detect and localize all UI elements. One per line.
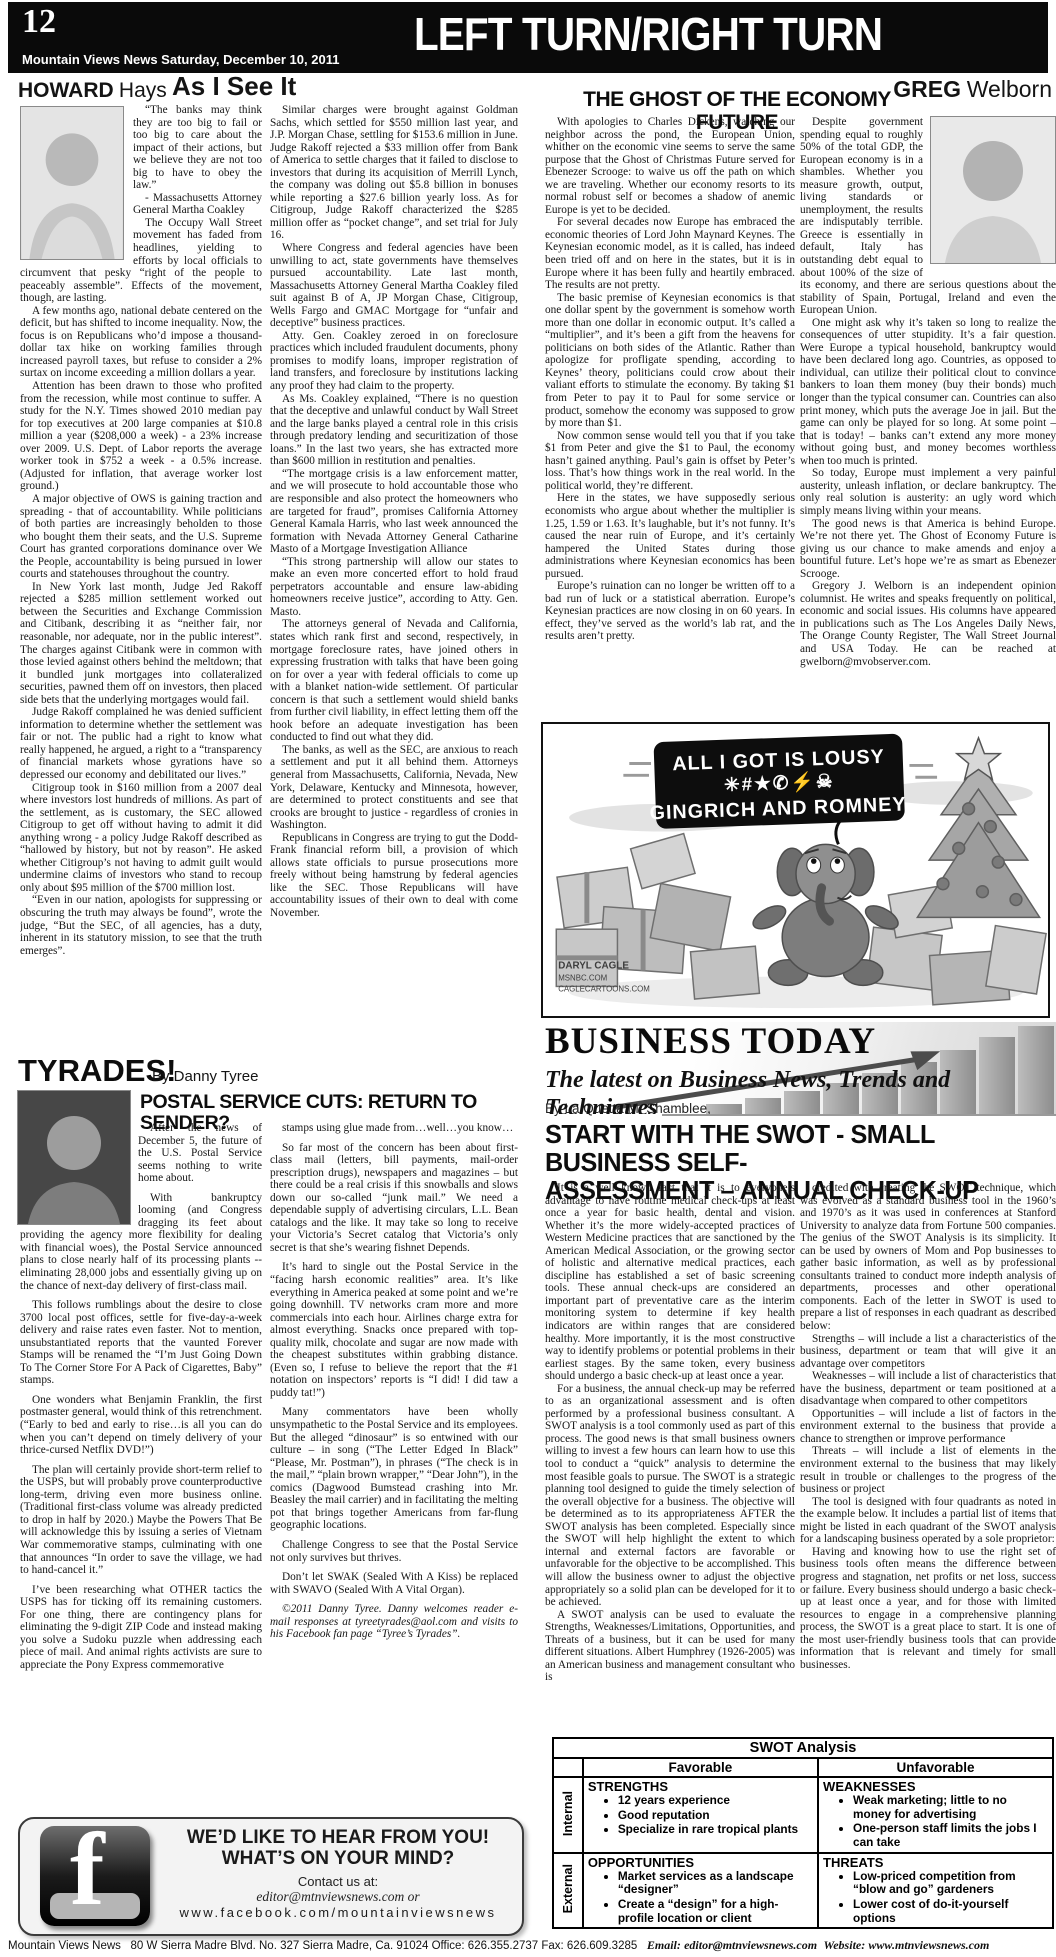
- tyree-paragraph: This follows rumblings about the desire …: [20, 1299, 262, 1387]
- footer-website-label: Website:: [823, 1938, 865, 1952]
- hays-paragraph: The banks, as well as the SEC, are anxio…: [270, 744, 518, 832]
- opportunities-list: Market services as a landscape “designer…: [588, 1870, 813, 1926]
- weaknesses-item: One-person staff limits the jobs I can t…: [853, 1822, 1048, 1849]
- swot-row-internal: Internal: [553, 1777, 583, 1853]
- section-banner: 12 LEFT TURN/RIGHT TURN Mountain Views N…: [8, 2, 1048, 73]
- strengths-title: STRENGTHS: [588, 1779, 813, 1794]
- contact-headline-1: WE’D LIKE TO HEAR FROM YOU!: [162, 1827, 514, 1848]
- welborn-paragraph: The basic premise of Keynesian economics…: [545, 292, 795, 430]
- hays-paragraph: The attorneys general of Nevada and Cali…: [270, 618, 518, 743]
- threats-item: Lower cost of do-it-yourself options: [853, 1898, 1048, 1925]
- welborn-paragraph: Now common sense would tell you that if …: [545, 430, 795, 493]
- hays-paragraph: “The mortgage crisis is a law enforcemen…: [270, 468, 518, 556]
- tyree-paragraph: So far most of the concern has been abou…: [270, 1142, 518, 1255]
- hays-paragraph: Similar charges were brought against Gol…: [270, 104, 518, 242]
- welborn-paragraph: One might ask why it’s taken so long to …: [800, 317, 1056, 468]
- section-title: LEFT TURN/RIGHT TURN: [375, 10, 921, 58]
- facebook-logo-icon[interactable]: f: [40, 1826, 150, 1926]
- swot-paragraph: Strengths – will include a list a charac…: [800, 1333, 1056, 1371]
- tyree-paragraph: Challenge Congress to see that the Posta…: [270, 1539, 518, 1564]
- cartoon-signature-site1: MSNBC.COM: [558, 973, 607, 982]
- swot-col-favorable: Favorable: [583, 1758, 818, 1777]
- opportunities-item: Create a “design” for a high-profile loc…: [618, 1898, 813, 1925]
- swot-paragraph: For a business, the annual check-up may …: [545, 1383, 795, 1609]
- strengths-item: Good reputation: [618, 1809, 813, 1823]
- swot-row-external: External: [553, 1853, 583, 1929]
- welborn-paragraph: Here in the states, we have supposedly s…: [545, 492, 795, 580]
- footer-paper-name: Mountain Views News: [8, 1940, 121, 1952]
- hays-byline-last: Hays: [119, 79, 167, 102]
- tyree-article-col2: stamps using glue made from…well…you kno…: [270, 1122, 518, 1798]
- threats-item: Low-priced competition from “blow and go…: [853, 1870, 1048, 1897]
- threats-list: Low-priced competition from “blow and go…: [823, 1870, 1048, 1926]
- newspaper-page: 12 LEFT TURN/RIGHT TURN Mountain Views N…: [0, 0, 1056, 1957]
- hays-paragraph: Attention has been drawn to those who pr…: [20, 380, 262, 493]
- welborn-paragraph: For several decades now Europe has embra…: [545, 216, 795, 291]
- welborn-paragraph: The good news is that America is behind …: [800, 518, 1056, 581]
- contact-text: WE’D LIKE TO HEAR FROM YOU! WHAT’S ON YO…: [162, 1827, 514, 1920]
- tyree-byline: By Danny Tyree: [152, 1068, 258, 1085]
- swot-paragraph: A SWOT analysis can be used to evaluate …: [545, 1609, 795, 1684]
- tyree-paragraph: I’ve been researching what OTHER tactics…: [20, 1584, 262, 1672]
- hays-byline-first: HOWARD: [18, 79, 114, 102]
- tyree-credit: ©2011 Danny Tyree. Danny welcomes reader…: [270, 1603, 518, 1641]
- hays-paragraph: In New York last month, Judge Jed Rakoff…: [20, 581, 262, 706]
- footer-address: 80 W Sierra Madre Blvd. No. 327 Sierra M…: [131, 1940, 638, 1952]
- weaknesses-list: Weak marketing; little to no money for a…: [823, 1794, 1048, 1850]
- strengths-list: 12 years experienceGood reputationSpecia…: [588, 1794, 813, 1837]
- opportunities-title: OPPORTUNITIES: [588, 1855, 813, 1870]
- hays-paragraph: A major objective of OWS is gaining trac…: [20, 493, 262, 581]
- hays-article-col1: “The banks may think they are too big to…: [20, 104, 262, 1052]
- footer-email-label: Email:: [647, 1938, 681, 1952]
- swot-weaknesses-cell: WEAKNESSES Weak marketing; little to no …: [818, 1777, 1053, 1853]
- tyree-paragraph: One wonders what Benjamin Franklin, the …: [20, 1394, 262, 1457]
- contact-email-link[interactable]: editor@mtnviewsnews.com or: [162, 1889, 514, 1905]
- hays-paragraph: As Ms. Coakley explained, “There is no q…: [270, 393, 518, 468]
- weaknesses-item: Weak marketing; little to no money for a…: [853, 1794, 1048, 1821]
- tyree-paragraph: stamps using glue made from…well…you kno…: [270, 1122, 518, 1135]
- welborn-paragraph: Europe’s ruination can no longer be writ…: [545, 580, 795, 643]
- swot-threats-cell: THREATS Low-priced competition from “blo…: [818, 1853, 1053, 1929]
- welborn-paragraph: Gregory J. Welborn is an independent opi…: [800, 580, 1056, 668]
- dateline: Mountain Views News Saturday, December 1…: [22, 52, 339, 67]
- tyree-paragraph: The plan will certainly provide short-te…: [20, 1464, 262, 1577]
- greg-welborn-photo: [930, 116, 1056, 264]
- contact-label: Contact us at:: [162, 1874, 514, 1889]
- hays-paragraph: Republicans in Congress are trying to gu…: [270, 832, 518, 920]
- strengths-item: 12 years experience: [618, 1794, 813, 1808]
- opportunities-item: Market services as a landscape “designer…: [618, 1870, 813, 1897]
- hays-byline: HOWARD Hays: [18, 78, 167, 103]
- contact-headline-2: WHAT’S ON YOUR MIND?: [162, 1848, 514, 1869]
- swot-opportunities-cell: OPPORTUNITIES Market services as a lands…: [583, 1853, 818, 1929]
- contact-box: f WE’D LIKE TO HEAR FROM YOU! WHAT’S ON …: [18, 1817, 524, 1936]
- photo-wrap-spacer: [20, 1122, 138, 1226]
- tyree-paragraph: Don’t let SWAK (Sealed With A Kiss) be r…: [270, 1571, 518, 1596]
- weaknesses-title: WEAKNESSES: [823, 1779, 1048, 1794]
- hays-paragraph: Where Congress and federal agencies have…: [270, 242, 518, 330]
- welborn-article-col1: With apologies to Charles Dickens, watch…: [545, 116, 795, 716]
- welborn-paragraph: So today, Europe must implement a very p…: [800, 467, 1056, 517]
- swot-corner-cell: [553, 1758, 583, 1777]
- threats-title: THREATS: [823, 1855, 1048, 1870]
- hays-paragraph: “Even in our nation, apologists for supp…: [20, 894, 262, 957]
- business-today-banner: BUSINESS TODAY The latest on Business Ne…: [541, 1022, 1056, 1114]
- swot-strengths-cell: STRENGTHS 12 years experienceGood reputa…: [583, 1777, 818, 1853]
- howard-hays-photo: [20, 106, 124, 260]
- swot-analysis-table: SWOT Analysis Favorable Unfavorable Inte…: [552, 1737, 1054, 1929]
- swot-paragraph: It is a well known fact that it is to ev…: [545, 1182, 795, 1383]
- hays-article-col2: Similar charges were brought against Gol…: [270, 104, 518, 1052]
- swot-paragraph: credited with creating the SWOT techniqu…: [800, 1182, 1056, 1333]
- swot-col-unfavorable: Unfavorable: [818, 1758, 1053, 1777]
- swot-paragraph: Weaknesses – will include a list of char…: [800, 1370, 1056, 1408]
- page-footer: Mountain Views News 80 W Sierra Madre Bl…: [8, 1938, 1056, 1953]
- swot-paragraph: Opportunities – will include a list of f…: [800, 1408, 1056, 1446]
- tyree-article-col1: After the news of December 5, the future…: [20, 1122, 262, 1798]
- portrait-silhouette-icon: [21, 107, 123, 259]
- editorial-cartoon: ALL I GOT IS LOUSY ✳#★✆⚡☠ GINGRICH AND R…: [541, 722, 1050, 1018]
- hays-paragraph: Judge Rakoff complained he was denied su…: [20, 706, 262, 781]
- swot-table-title: SWOT Analysis: [553, 1738, 1053, 1758]
- footer-website-link[interactable]: www.mtnviewsnews.com: [868, 1938, 989, 1952]
- swot-paragraph: The tool is designed with four quadrants…: [800, 1496, 1056, 1546]
- swot-paragraph: Having and knowing how to use the right …: [800, 1546, 1056, 1671]
- portrait-silhouette-icon: [931, 117, 1055, 263]
- tyree-paragraph: Many commentators have been wholly unsym…: [270, 1406, 518, 1531]
- cartoon-signature-name: DARYL CAGLE: [558, 961, 629, 972]
- hays-paragraph: “This strong partnership will allow our …: [270, 556, 518, 619]
- contact-facebook-url[interactable]: www.facebook.com/mountainviewsnews: [162, 1905, 514, 1920]
- page-number: 12: [22, 4, 56, 40]
- swot-article-col1: It is a well known fact that it is to ev…: [545, 1182, 795, 1734]
- swot-article-col2: credited with creating the SWOT techniqu…: [800, 1182, 1056, 1734]
- business-today-tagline: The latest on Business News, Trends and …: [545, 1066, 1056, 1114]
- hays-column-title: As I See It: [172, 72, 296, 100]
- hays-paragraph: A few months ago, national debate center…: [20, 305, 262, 380]
- facebook-f-glyph: f: [70, 1826, 105, 1922]
- welborn-article-col2: Despite government spending equal to rou…: [800, 116, 1056, 716]
- swot-paragraph: Threats – will include a list of element…: [800, 1445, 1056, 1495]
- business-today-title: BUSINESS TODAY: [545, 1022, 876, 1062]
- strengths-item: Specialize in rare tropical plants: [618, 1823, 813, 1837]
- hays-paragraph: Citigroup took in $160 million from a 20…: [20, 782, 262, 895]
- cartoon-signature-site2: CAGLECARTOONS.COM: [558, 984, 650, 993]
- swot-headline-line1: START WITH THE SWOT - SMALL BUSINESS SEL…: [545, 1120, 1045, 1176]
- divider-rule: [662, 1114, 1056, 1116]
- hays-paragraph: Atty. Gen. Coakley zeroed in on foreclos…: [270, 330, 518, 393]
- welborn-paragraph: With apologies to Charles Dickens, watch…: [545, 116, 795, 216]
- tyree-paragraph: It’s hard to single out the Postal Servi…: [270, 1261, 518, 1399]
- welborn-byline-last: Welborn: [967, 76, 1052, 102]
- footer-email-link[interactable]: editor@mtnviewsnews.com: [684, 1938, 817, 1952]
